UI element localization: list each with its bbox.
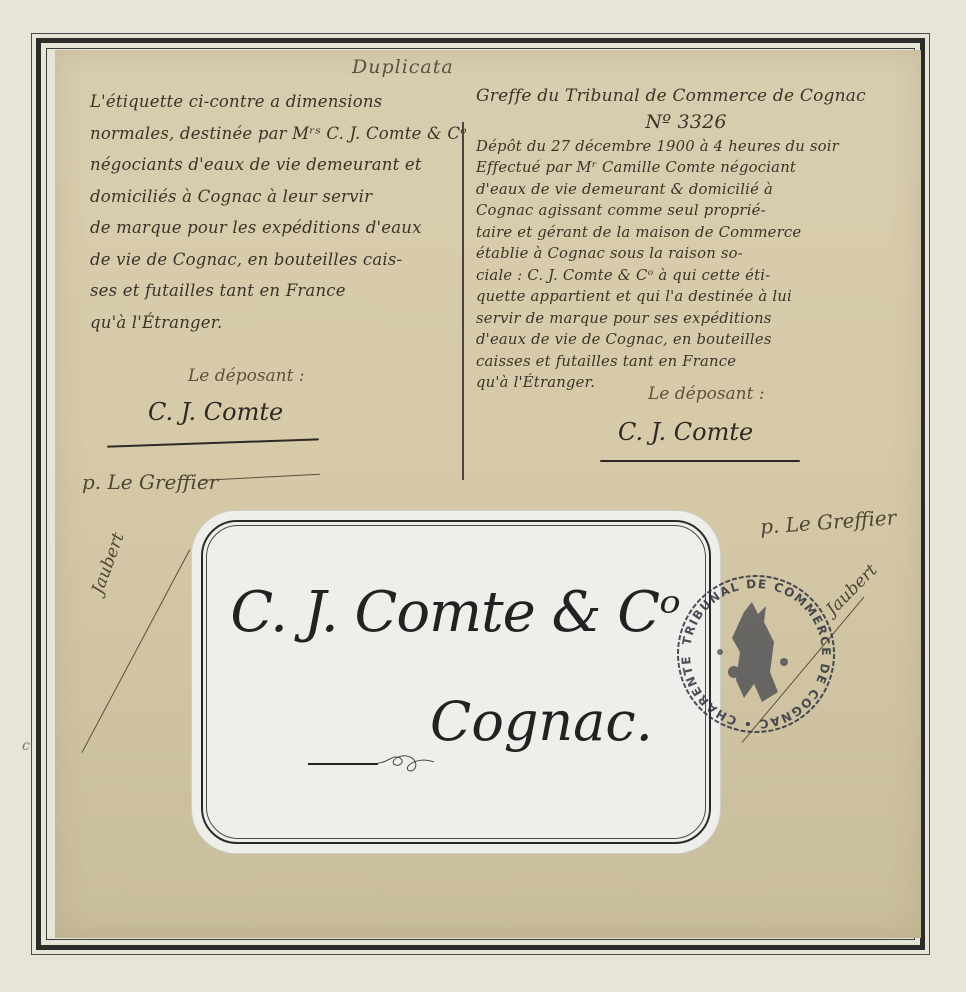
right-column-text: Greffe du Tribunal de Commerce de Cognac… <box>476 86 896 394</box>
right-line: caisses et futailles tant en France <box>476 351 896 373</box>
right-line: Cognac agissant comme seul proprié- <box>476 200 896 222</box>
left-line: de marque pour les expéditions d'eaux <box>90 212 467 244</box>
left-closing: Le déposant : <box>188 366 305 386</box>
left-signature: C. J. Comte <box>148 398 283 426</box>
right-line: taire et gérant de la maison de Commerce <box>476 222 896 244</box>
right-line: d'eaux de vie demeurant & domicilié à <box>476 179 896 201</box>
label-company-name: C. J. Comte & Cᵒ <box>220 580 690 645</box>
right-line: Effectué par Mʳ Camille Comte négociant <box>476 157 896 179</box>
right-line: servir de marque pour ses expéditions <box>476 308 896 330</box>
label-rule <box>308 763 378 765</box>
label-border-inner <box>206 525 706 839</box>
margin-mark: c <box>22 738 30 754</box>
duplicata-heading: Duplicata <box>352 56 454 78</box>
right-signature: C. J. Comte <box>618 418 753 446</box>
flourish-ornament-icon <box>378 740 438 780</box>
label-city: Cognac. <box>430 690 653 753</box>
right-signature-underline <box>600 460 800 462</box>
left-line: qu'à l'Étranger. <box>90 307 467 339</box>
left-line: négociants d'eaux de vie demeurant et <box>90 149 467 181</box>
left-line: L'étiquette ci-contre a dimensions <box>90 86 467 118</box>
greffier-title-left: p. Le Greffier <box>82 470 218 494</box>
right-closing: Le déposant : <box>648 384 765 404</box>
left-line: domiciliés à Cognac à leur servir <box>90 181 467 213</box>
left-line: de vie de Cognac, en bouteilles cais- <box>90 244 467 276</box>
column-divider <box>462 122 464 480</box>
right-line: quette appartient et qui l'a destinée à … <box>476 286 896 308</box>
right-line: Dépôt du 27 décembre 1900 à 4 heures du … <box>476 136 896 158</box>
tribunal-stamp: TRIBUNAL DE COMMERCE DE COGNAC • CHARENT… <box>674 572 838 736</box>
registry-number: Nº 3326 <box>476 108 896 136</box>
right-line: ciale : C. J. Comte & Cᵒ à qui cette éti… <box>476 265 896 287</box>
left-line: ses et futailles tant en France <box>90 275 467 307</box>
left-line: normales, destinée par Mʳˢ C. J. Comte &… <box>90 118 467 150</box>
right-heading: Greffe du Tribunal de Commerce de Cognac <box>476 86 896 108</box>
right-line: d'eaux de vie de Cognac, en bouteilles <box>476 329 896 351</box>
left-column-text: L'étiquette ci-contre a dimensions norma… <box>90 86 467 338</box>
right-line: établie à Cognac sous la raison so- <box>476 243 896 265</box>
